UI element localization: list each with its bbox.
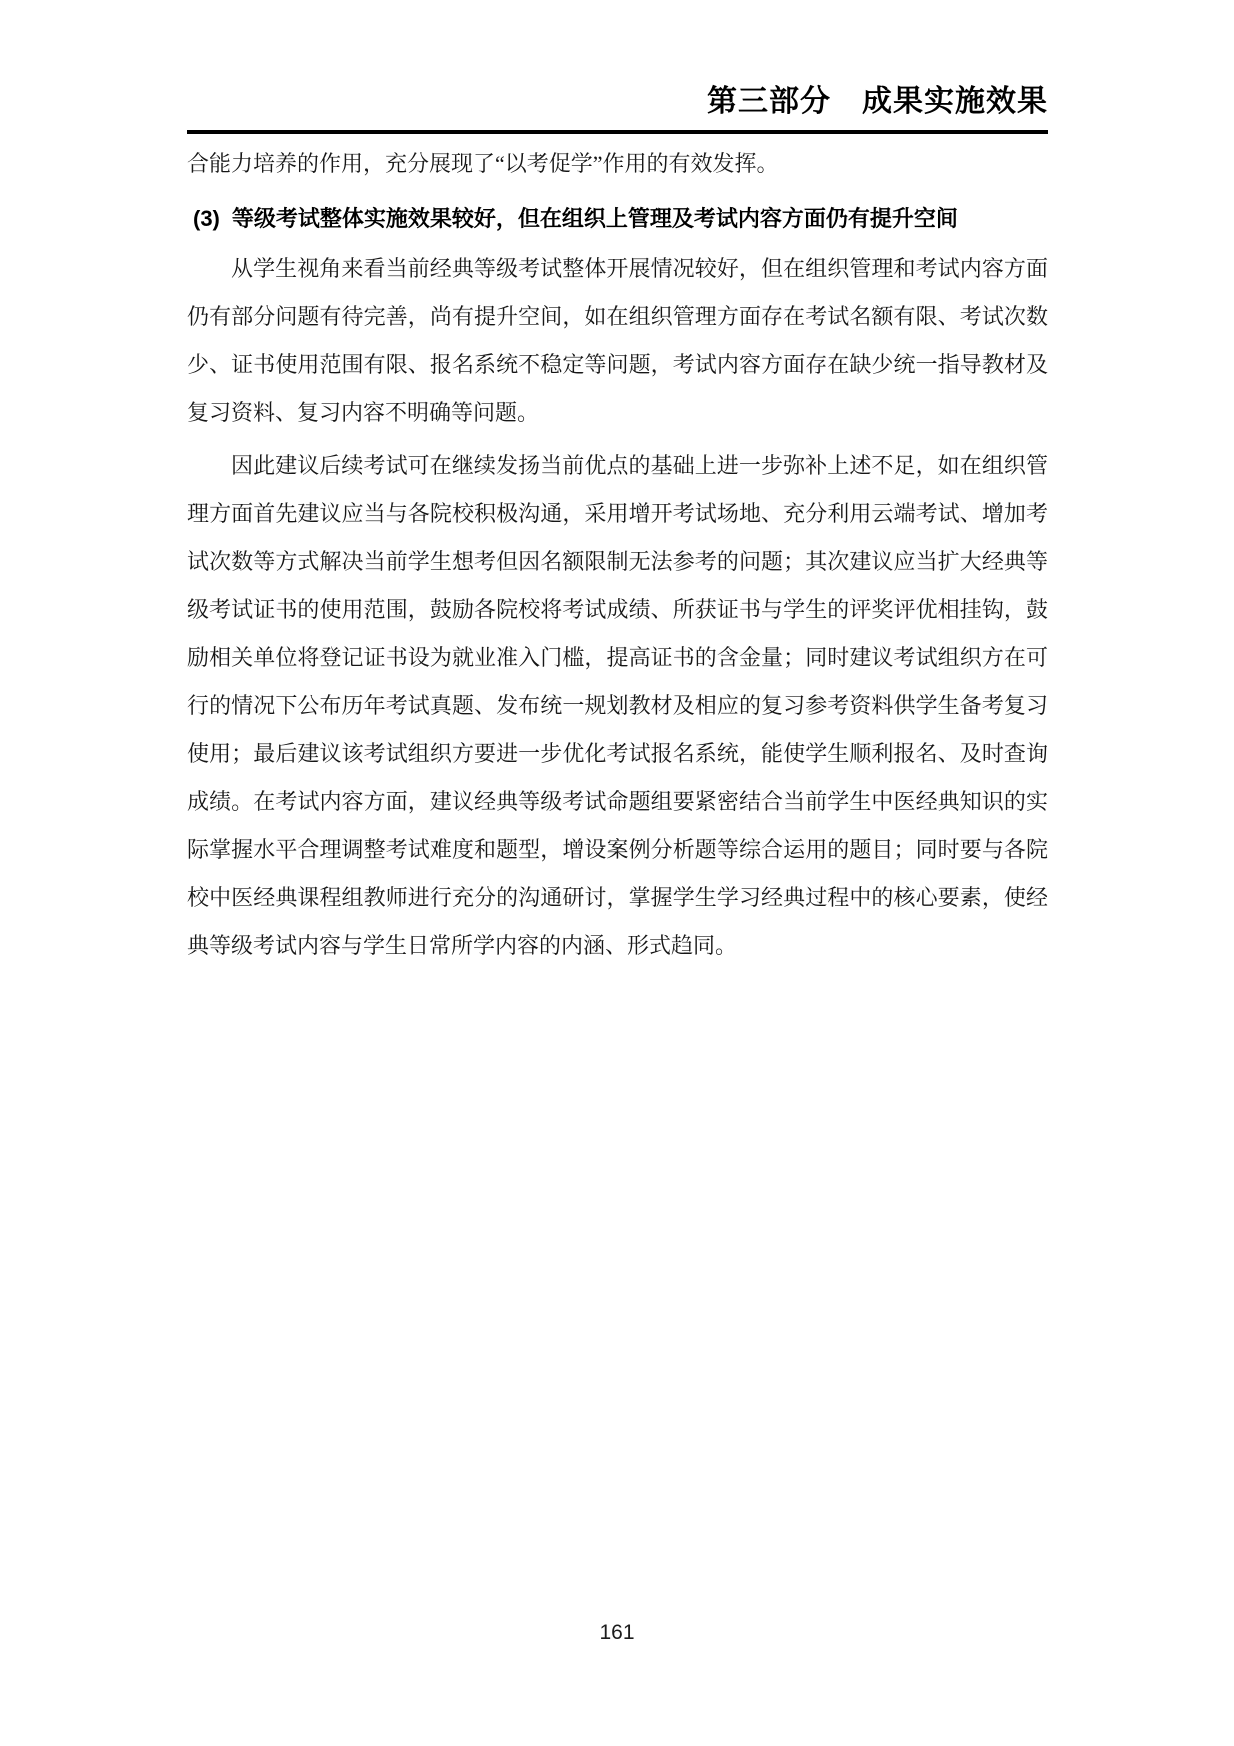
page-header: 第三部分 成果实施效果	[187, 83, 1048, 134]
subsection-heading: (3)等级考试整体实施效果较好，但在组织上管理及考试内容方面仍有提升空间	[193, 195, 1048, 243]
subsection-heading-number: (3)	[193, 206, 220, 231]
body-paragraph: 因此建议后续考试可在继续发扬当前优点的基础上进一步弥补上述不足，如在组织管理方面…	[187, 442, 1048, 970]
body-paragraph: 从学生视角来看当前经典等级考试整体开展情况较好，但在组织管理和考试内容方面仍有部…	[187, 245, 1048, 437]
subsection-heading-text: 等级考试整体实施效果较好，但在组织上管理及考试内容方面仍有提升空间	[232, 206, 958, 231]
page-body: 合能力培养的作用，充分展现了“以考促学”作用的有效发挥。 (3)等级考试整体实施…	[187, 140, 1048, 970]
header-divider	[187, 130, 1048, 134]
page-footer: 161	[0, 1620, 1234, 1646]
paragraph-continuation: 合能力培养的作用，充分展现了“以考促学”作用的有效发挥。	[187, 140, 1048, 188]
section-title: 第三部分 成果实施效果	[187, 83, 1048, 121]
page-number: 161	[599, 1621, 634, 1644]
document-page: 第三部分 成果实施效果 合能力培养的作用，充分展现了“以考促学”作用的有效发挥。…	[0, 0, 1234, 1746]
